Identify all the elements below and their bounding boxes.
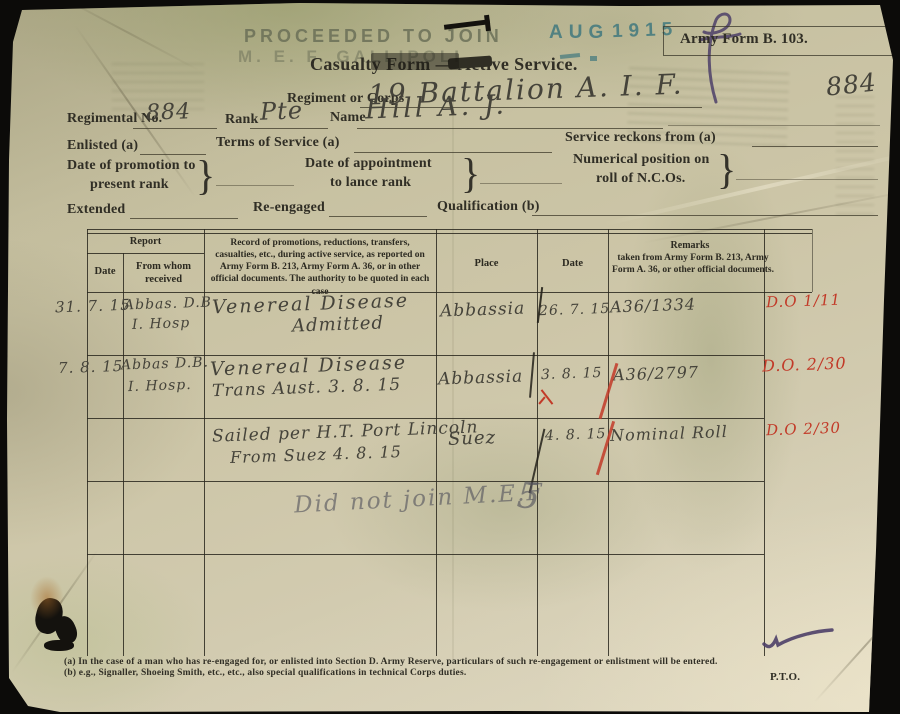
footnote-b: (b) e.g., Signaller, Shoeing Smith, etc.… bbox=[64, 668, 466, 678]
rank-value: Pte bbox=[260, 96, 304, 125]
field-line bbox=[216, 184, 294, 186]
field-line bbox=[133, 127, 217, 129]
brace-glyph: } bbox=[461, 149, 480, 198]
pencil-note-number: 5 bbox=[516, 475, 543, 518]
field-line bbox=[668, 124, 880, 126]
name-label: Name bbox=[330, 110, 366, 126]
field-line bbox=[250, 127, 328, 129]
paper-stain bbox=[30, 576, 64, 620]
table-line bbox=[87, 229, 812, 230]
fold-crease bbox=[49, 0, 200, 72]
table-line bbox=[204, 229, 205, 656]
row1-record-line2: Admitted bbox=[292, 312, 385, 336]
field-line bbox=[329, 215, 427, 217]
field-line bbox=[480, 182, 562, 184]
row2-from-line2: I. Hosp. bbox=[128, 377, 192, 395]
row1-report-date: 31. 7. 15 bbox=[55, 296, 131, 317]
row1-remarks: A36/1334 bbox=[610, 295, 697, 317]
header-date: Date bbox=[537, 258, 608, 269]
terms-label: Terms of Service (a) bbox=[216, 135, 340, 151]
service-reckons-label: Service reckons from (a) bbox=[565, 130, 716, 146]
table-line bbox=[87, 233, 812, 234]
table-line bbox=[87, 554, 764, 555]
red-check bbox=[538, 396, 545, 404]
row2-from-line1: Abbas D.B. bbox=[121, 354, 209, 373]
appointment-label-line1: Date of appointment bbox=[305, 156, 432, 172]
row2-annotation: D.O. 2/30 bbox=[762, 354, 847, 376]
row3-place: Suez bbox=[448, 427, 497, 450]
table-line bbox=[87, 253, 204, 254]
table-line bbox=[87, 229, 88, 656]
proceed-stamp-line1: PROCEEDED TO JOIN bbox=[244, 26, 503, 47]
rank-label: Rank bbox=[225, 112, 258, 128]
row1-place: Abbassia bbox=[440, 299, 526, 322]
ink-flourish bbox=[529, 352, 535, 398]
field-line bbox=[752, 145, 878, 147]
qualification-label: Qualification (b) bbox=[437, 199, 540, 215]
enlisted-label: Enlisted (a) bbox=[67, 138, 138, 154]
row3-date: 4. 8. 15 bbox=[545, 426, 607, 444]
row2-place: Abbassia bbox=[438, 367, 524, 390]
numerical-label-line1: Numerical position on bbox=[573, 152, 709, 168]
date-stamp-month: AUG bbox=[549, 22, 609, 44]
row3-record-line2: From Suez 4. 8. 15 bbox=[230, 442, 403, 467]
field-line bbox=[354, 151, 552, 153]
extended-label: Extended bbox=[67, 202, 125, 218]
paper-hole bbox=[44, 640, 74, 651]
pencil-note: Did not join M.E.F bbox=[293, 479, 544, 518]
paper-sheet: PROCEEDED TO JOIN M. E. F. GALLIPOLI AUG… bbox=[0, 0, 900, 714]
row3-remarks: Nominal Roll bbox=[610, 422, 728, 445]
row1-date: 26. 7. 15 bbox=[539, 301, 611, 319]
table-line bbox=[537, 229, 538, 656]
header-remarks-title: Remarks bbox=[610, 240, 770, 251]
appointment-label-line2: to lance rank bbox=[330, 175, 411, 191]
row1-annotation: D.O 1/11 bbox=[766, 291, 842, 312]
brace-glyph: } bbox=[196, 151, 215, 200]
row2-report-date: 7. 8. 15 bbox=[58, 357, 124, 377]
promotion-label-line1: Date of promotion to bbox=[67, 158, 196, 174]
numerical-label-line2: roll of N.C.Os. bbox=[596, 171, 685, 187]
header-report-date: Date bbox=[87, 266, 123, 277]
promotion-label-line2: present rank bbox=[90, 177, 169, 193]
header-place: Place bbox=[436, 258, 537, 269]
table-line bbox=[812, 229, 813, 292]
name-value: Hill A. J. bbox=[365, 90, 508, 126]
table-line bbox=[436, 229, 437, 656]
table-line bbox=[87, 292, 812, 293]
stamp-ink-mark bbox=[590, 56, 597, 61]
field-line bbox=[357, 127, 663, 129]
scanned-document: PROCEEDED TO JOIN M. E. F. GALLIPOLI AUG… bbox=[0, 0, 900, 714]
footnote-a: (a) In the case of a man who has re-enga… bbox=[64, 657, 718, 667]
reengaged-label: Re-engaged bbox=[253, 200, 325, 216]
field-line bbox=[130, 217, 238, 219]
regimental-no-value: 884 bbox=[146, 99, 192, 126]
header-report: Report bbox=[87, 236, 204, 247]
row3-record-line1: Sailed per H.T. Port Lincoln bbox=[212, 417, 479, 446]
row1-from-line1: Abbas. D.B bbox=[124, 294, 212, 313]
form-number: Army Form B. 103. bbox=[680, 31, 808, 48]
brace-glyph: } bbox=[717, 145, 736, 194]
row2-date: 3. 8. 15 bbox=[541, 365, 603, 383]
regimental-no-top-right: 884 bbox=[825, 67, 878, 101]
table-line bbox=[87, 481, 764, 482]
bleed-through-text bbox=[836, 95, 874, 215]
row3-annotation: D.O 2/30 bbox=[766, 419, 842, 440]
header-record: Record of promotions, reductions, transf… bbox=[209, 237, 431, 298]
row1-from-line2: I. Hosp bbox=[132, 315, 191, 333]
red-check bbox=[541, 389, 554, 404]
field-line bbox=[736, 178, 878, 180]
pto-label: P.T.O. bbox=[770, 671, 800, 683]
purple-pen-flourish bbox=[686, 6, 746, 106]
header-from-whom: From whom received bbox=[123, 260, 204, 286]
row2-remarks: A36/2797 bbox=[613, 363, 700, 385]
table-line bbox=[608, 229, 609, 656]
purple-pen-swoosh bbox=[760, 626, 836, 652]
header-remarks-rest: taken from Army Form B. 213, Army Form A… bbox=[608, 252, 778, 277]
fold-crease bbox=[642, 188, 900, 243]
field-line bbox=[532, 214, 878, 216]
